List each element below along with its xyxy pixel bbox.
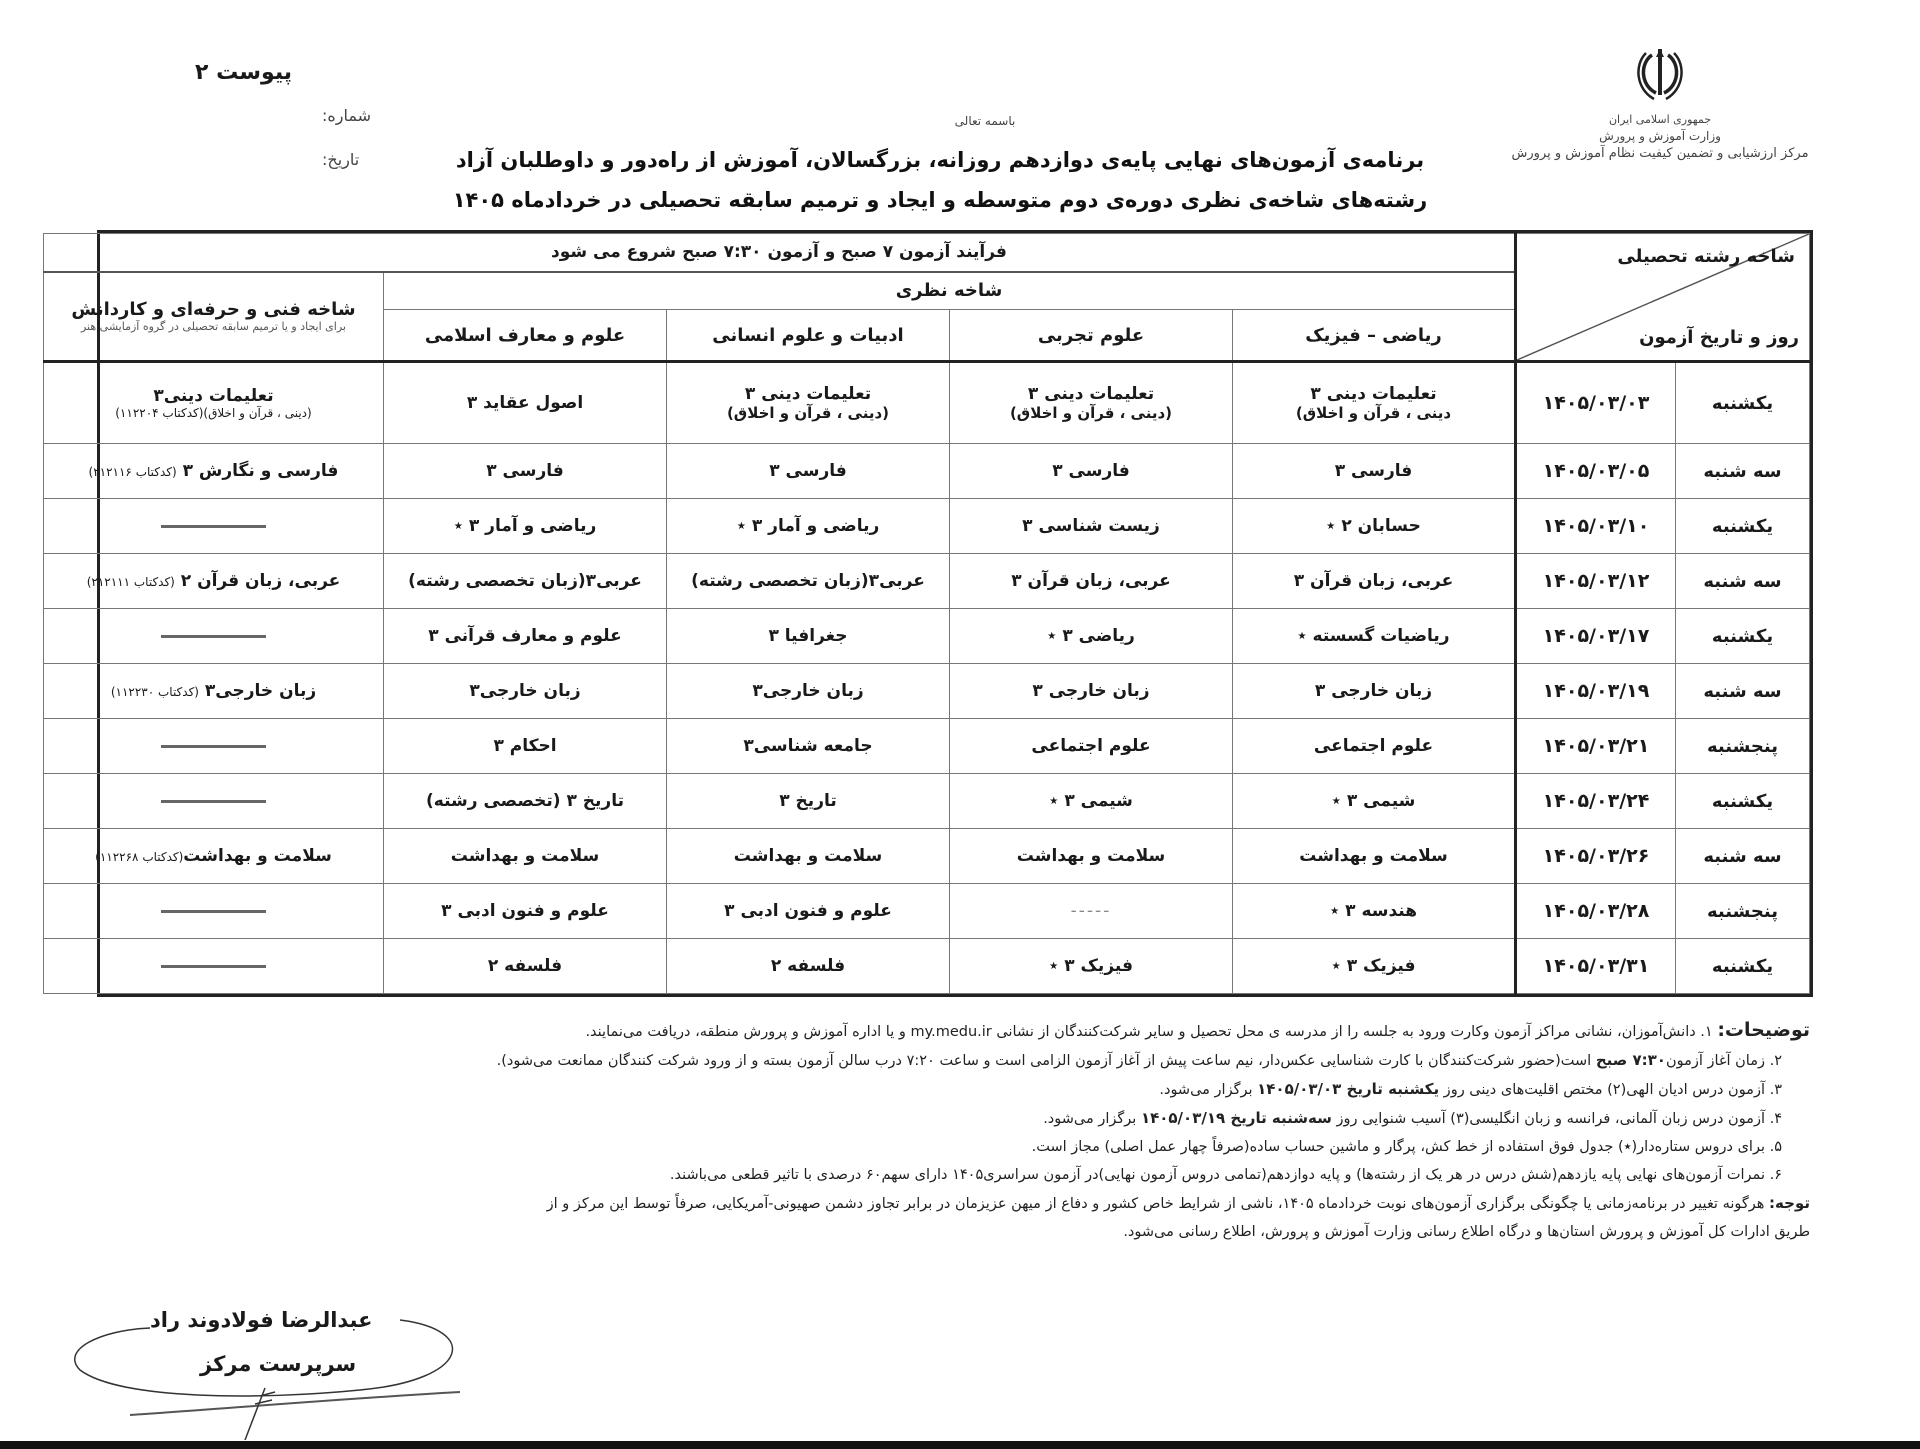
note-1: توضیحات: ۱. دانش‌آموزان، نشانی مراکز آزم… [150,1016,1810,1046]
isl-subject: سلامت و بهداشت [384,829,667,884]
exam-day: پنجشنبه [1676,719,1810,774]
attention-note: توجه: هرگونه تغییر در برنامه‌زمانی یا چگ… [150,1189,1810,1218]
document-title-line-1: برنامه‌ی آزمون‌های نهایی پایه‌ی دوازدهم … [440,148,1440,172]
hum-subject: علوم و فنون ادبی ۳ [667,884,950,939]
isl-subject: فلسفه ۲ [384,939,667,994]
exp-subject: تعلیمات دینی ۳(دینی ، قرآن و اخلاق) [950,362,1233,444]
notes-label: توضیحات: [1717,1019,1810,1041]
exam-day: یکشنبه [1676,499,1810,554]
exam-day: سه شنبه [1676,664,1810,719]
voc-subject-empty [43,499,383,554]
isl-subject: علوم و فنون ادبی ۳ [384,884,667,939]
hum-subject: تعلیمات دینی ۳(دینی ، قرآن و اخلاق) [667,362,950,444]
isl-subject: ریاضی و آمار ۳ ٭ [384,499,667,554]
empty-dash [161,910,266,913]
math-subject: شیمی ۳ ٭ [1233,774,1516,829]
table-row: سه شنبه ۱۴۰۵/۰۳/۱۹ زبان خارجی ۳ زبان خار… [43,664,1809,719]
empty-dash [161,525,266,528]
exam-date: ۱۴۰۵/۰۳/۲۴ [1516,774,1676,829]
exp-subject: زیست شناسی ۳ [950,499,1233,554]
isl-subject: عربی۳(زبان تخصصی رشته) [384,554,667,609]
table-row: پنجشنبه ۱۴۰۵/۰۳/۲۱ علوم اجتماعی علوم اجت… [43,719,1809,774]
date-field: تاریخ: [322,150,359,169]
exam-date: ۱۴۰۵/۰۳/۲۱ [1516,719,1676,774]
voc-subject-empty [43,884,383,939]
exp-subject-none: ----- [950,884,1233,939]
field-header-islamic: علوم و معارف اسلامی [384,310,667,362]
table-row: یکشنبه ۱۴۰۵/۰۳/۰۳ تعلیمات دینی ۳دینی ، ق… [43,362,1809,444]
exp-subject: فیزیک ۳ ٭ [950,939,1233,994]
exp-subject: سلامت و بهداشت [950,829,1233,884]
note-4: ۴. آزمون درس زبان آلمانی، فرانسه و زبان … [150,1104,1810,1133]
table-row: سه شنبه ۱۴۰۵/۰۳/۱۲ عربی، زبان قرآن ۳ عرب… [43,554,1809,609]
isl-subject: زبان خارجی۳ [384,664,667,719]
voc-subject-empty [43,609,383,664]
hum-subject: ریاضی و آمار ۳ ٭ [667,499,950,554]
note-5: ۵. برای دروس ستاره‌دار(٭) جدول فوق استفا… [150,1133,1810,1161]
exp-subject: زبان خارجی ۳ [950,664,1233,719]
exp-subject: علوم اجتماعی [950,719,1233,774]
exp-subject: شیمی ۳ ٭ [950,774,1233,829]
table-row: یکشنبه ۱۴۰۵/۰۳/۲۴ شیمی ۳ ٭ شیمی ۳ ٭ تاری… [43,774,1809,829]
voc-subject: عربی، زبان قرآن ۲ (کدکتاب ۲۱۲۱۱۱) [43,554,383,609]
empty-dash [161,800,266,803]
exam-day: سه شنبه [1676,554,1810,609]
isl-subject: اصول عقاید ۳ [384,362,667,444]
exam-day: سه شنبه [1676,444,1810,499]
voc-subject-empty [43,939,383,994]
isl-subject: احکام ۳ [384,719,667,774]
hum-subject: فارسی ۳ [667,444,950,499]
letterhead: جمهوری اسلامی ایران وزارت آموزش و پرورش … [1480,45,1840,162]
hum-subject: جغرافیا ۳ [667,609,950,664]
isl-subject: علوم و معارف قرآنی ۳ [384,609,667,664]
table-row: یکشنبه ۱۴۰۵/۰۳/۳۱ فیزیک ۳ ٭ فیزیک ۳ ٭ فل… [43,939,1809,994]
exam-date: ۱۴۰۵/۰۳/۱۰ [1516,499,1676,554]
vocational-branch-header: شاخه فنی و حرفه‌ای و کاردانش برای ایجاد … [43,272,383,362]
header-corner-cell: شاخه رشته تحصیلی روز و تاریخ آزمون [1516,234,1810,362]
math-subject: فیزیک ۳ ٭ [1233,939,1516,994]
exam-date: ۱۴۰۵/۰۳/۱۲ [1516,554,1676,609]
signature-block: عبدالرضا فولادوند راد سرپرست مرکز [60,1300,480,1440]
empty-dash [161,745,266,748]
math-subject: ریاضیات گسسته ٭ [1233,609,1516,664]
voc-subject: فارسی و نگارش ۳ (کدکتاب ۲۱۲۱۱۶) [43,444,383,499]
field-header-math-physics: ریاضی – فیزیک [1233,310,1516,362]
note-3: ۳. آزمون درس ادیان الهی(۲) مختص اقلیت‌ها… [150,1075,1810,1104]
attention-note-cont: طریق ادارات کل آموزش و پرورش استان‌ها و … [150,1218,1810,1246]
theoretical-branch-header: شاخه نظری [384,272,1516,310]
center-name: مرکز ارزشیابی و تضمین کیفیت نظام آموزش و… [1480,145,1840,162]
voc-subject-empty [43,774,383,829]
exp-subject: ریاضی ۳ ٭ [950,609,1233,664]
hum-subject: فلسفه ۲ [667,939,950,994]
scan-edge [0,1441,1920,1449]
math-subject: فارسی ۳ [1233,444,1516,499]
exam-date: ۱۴۰۵/۰۳/۲۶ [1516,829,1676,884]
vocational-branch-title: شاخه فنی و حرفه‌ای و کاردانش [44,299,383,320]
math-subject: علوم اجتماعی [1233,719,1516,774]
exam-day: یکشنبه [1676,362,1810,444]
exam-day: یکشنبه [1676,939,1810,994]
field-header-humanities: ادبیات و علوم انسانی [667,310,950,362]
besmellah: باسمه تعالی [0,114,1920,128]
exam-day: یکشنبه [1676,609,1810,664]
hum-subject: جامعه شناسی۳ [667,719,950,774]
voc-subject-empty [43,719,383,774]
exam-day: یکشنبه [1676,774,1810,829]
field-header-experimental: علوم تجربی [950,310,1233,362]
exam-date: ۱۴۰۵/۰۳/۳۱ [1516,939,1676,994]
signatory-name: عبدالرضا فولادوند راد [150,1308,372,1332]
hum-subject: تاریخ ۳ [667,774,950,829]
process-note: فرآیند آزمون ۷ صبح و آزمون ۷:۳۰ صبح شروع… [43,234,1515,272]
exp-subject: عربی، زبان قرآن ۳ [950,554,1233,609]
hum-subject: زبان خارجی۳ [667,664,950,719]
voc-subject: زبان خارجی۳ (کدکتاب ۱۱۲۲۳۰) [43,664,383,719]
notes-section: توضیحات: ۱. دانش‌آموزان، نشانی مراکز آزم… [150,1016,1810,1246]
appendix-label: پیوست ۲ [195,60,292,85]
exam-date: ۱۴۰۵/۰۳/۰۳ [1516,362,1676,444]
empty-dash [161,635,266,638]
voc-subject: تعلیمات دینی۳(دینی ، قرآن و اخلاق)(کدکتا… [43,362,383,444]
signatory-title: سرپرست مرکز [200,1352,356,1376]
voc-subject: سلامت و بهداشت(کدکتاب ۱۱۲۲۶۸) [43,829,383,884]
exam-schedule-table: شاخه رشته تحصیلی روز و تاریخ آزمون فرآین… [97,230,1813,997]
empty-dash [161,965,266,968]
attention-label: توجه: [1769,1194,1810,1212]
table-row: سه شنبه ۱۴۰۵/۰۳/۰۵ فارسی ۳ فارسی ۳ فارسی… [43,444,1809,499]
table-row: یکشنبه ۱۴۰۵/۰۳/۱۰ حسابان ۲ ٭ زیست شناسی … [43,499,1809,554]
exam-date: ۱۴۰۵/۰۳/۱۹ [1516,664,1676,719]
note-2: ۲. زمان آغاز آزمون۷:۳۰ صبح است(حضور شرکت… [150,1046,1810,1075]
exam-date: ۱۴۰۵/۰۳/۲۸ [1516,884,1676,939]
document-title-line-2: رشته‌های شاخه‌ی نظری دوره‌ی دوم متوسطه و… [440,188,1440,212]
hum-subject: عربی۳(زبان تخصصی رشته) [667,554,950,609]
hum-subject: سلامت و بهداشت [667,829,950,884]
vocational-branch-subtitle: برای ایجاد و یا ترمیم سابقه تحصیلی در گر… [44,320,383,334]
exam-date: ۱۴۰۵/۰۳/۰۵ [1516,444,1676,499]
table-row: سه شنبه ۱۴۰۵/۰۳/۲۶ سلامت و بهداشت سلامت … [43,829,1809,884]
math-subject: سلامت و بهداشت [1233,829,1516,884]
corner-date-label: روز و تاریخ آزمون [1639,327,1799,348]
exp-subject: فارسی ۳ [950,444,1233,499]
math-subject: حسابان ۲ ٭ [1233,499,1516,554]
isl-subject: فارسی ۳ [384,444,667,499]
exam-day: پنجشنبه [1676,884,1810,939]
math-subject: زبان خارجی ۳ [1233,664,1516,719]
exam-date: ۱۴۰۵/۰۳/۱۷ [1516,609,1676,664]
math-subject: تعلیمات دینی ۳دینی ، قرآن و اخلاق) [1233,362,1516,444]
math-subject: هندسه ۳ ٭ [1233,884,1516,939]
iran-emblem-icon [1632,45,1688,103]
math-subject: عربی، زبان قرآن ۳ [1233,554,1516,609]
table-row: پنجشنبه ۱۴۰۵/۰۳/۲۸ هندسه ۳ ٭ ----- علوم … [43,884,1809,939]
corner-field-label: شاخه رشته تحصیلی [1617,246,1795,267]
ministry-name: وزارت آموزش و پرورش [1480,128,1840,145]
exam-day: سه شنبه [1676,829,1810,884]
table-row: یکشنبه ۱۴۰۵/۰۳/۱۷ ریاضیات گسسته ٭ ریاضی … [43,609,1809,664]
note-6: ۶. نمرات آزمون‌های نهایی پایه یازدهم(شش … [150,1161,1810,1189]
isl-subject: تاریخ ۳ (تخصصی رشته) [384,774,667,829]
